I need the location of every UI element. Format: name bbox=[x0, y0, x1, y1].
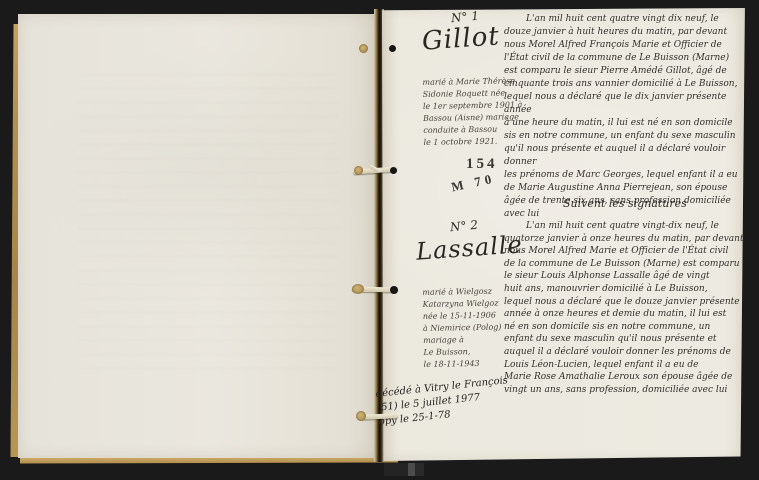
punch-hole-left-4 bbox=[356, 411, 366, 421]
punch-hole-right-2 bbox=[390, 167, 397, 174]
entry1-surname: Gillot bbox=[421, 21, 501, 56]
entry2-number: N° 2 bbox=[449, 218, 478, 234]
punch-hole-right-1 bbox=[389, 45, 396, 52]
punch-hole-right-3 bbox=[390, 286, 398, 294]
entry1-act-text: L'an mil huit cent quatre vingt dix neuf… bbox=[504, 13, 754, 221]
punch-hole-left-1 bbox=[359, 44, 368, 53]
punch-hole-left-3 bbox=[352, 284, 364, 294]
entry1-code-stamp: M 70 bbox=[450, 171, 497, 196]
ink-showthrough bbox=[78, 74, 338, 374]
book-cover-corner bbox=[384, 463, 424, 476]
register-scan-background: N° 1 Gillot marié à Marie Thérèse Sidoni… bbox=[0, 0, 759, 480]
entry2-act-text: L'an mil huit cent quatre vingt-dix neuf… bbox=[504, 220, 754, 396]
punch-hole-left-2 bbox=[354, 166, 363, 175]
left-blank-page bbox=[18, 14, 377, 458]
entry1-signatures-line: Suivent les signatures bbox=[563, 197, 687, 210]
